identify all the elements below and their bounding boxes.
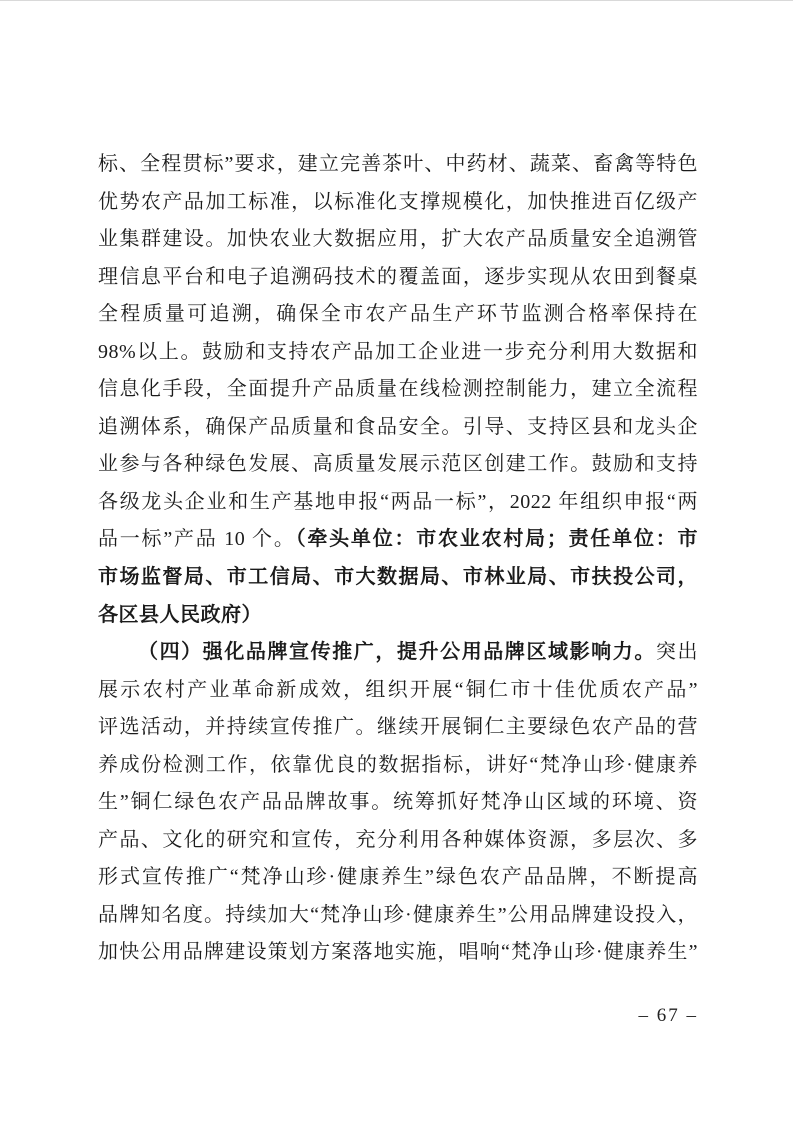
body-text-segment: 品牌知名度。持续加大“梵净山珍·健康养生”公用品牌建设投入，: [98, 904, 698, 926]
body-text-segment: 追溯体系，确保产品质量和食品安全。引导、支持区县和龙头企: [98, 416, 698, 438]
text-line-5: 全程质量可追溯，确保全市农产品生产环节监测合格率保持在: [98, 296, 698, 334]
text-line-21: 品牌知名度。持续加大“梵净山珍·健康养生”公用品牌建设投入，: [98, 897, 698, 935]
text-line-2: 优势农产品加工标准，以标准化支撑规模化，加快推进百亿级产: [98, 184, 698, 222]
text-line-6: 98%以上。鼓励和支持农产品加工企业进一步充分利用大数据和: [98, 334, 698, 372]
text-line-13: 各区县人民政府）: [98, 597, 698, 635]
text-line-15: 展示农村产业革命新成效，组织开展“铜仁市十佳优质农产品”: [98, 672, 698, 710]
body-text-segment: 优势农产品加工标准，以标准化支撑规模化，加快推进百亿级产: [98, 191, 698, 213]
unit-annotation-segment: 各区县人民政府）: [98, 604, 262, 626]
text-line-3: 业集群建设。加快农业大数据应用，扩大农产品质量安全追溯管: [98, 221, 698, 259]
text-line-17: 养成份检测工作，依靠优良的数据指标，讲好“梵净山珍·健康养: [98, 747, 698, 785]
text-line-20: 形式宣传推广“梵净山珍·健康养生”绿色农产品品牌，不断提高: [98, 859, 698, 897]
body-text-segment: 全程质量可追溯，确保全市农产品生产环节监测合格率保持在: [98, 303, 698, 325]
body-text-segment: 形式宣传推广“梵净山珍·健康养生”绿色农产品品牌，不断提高: [98, 866, 698, 888]
text-line-14: （四）强化品牌宣传推广，提升公用品牌区域影响力。突出: [98, 634, 698, 672]
body-text-segment: 评选活动，并持续宣传推广。继续开展铜仁主要绿色农产品的营: [98, 716, 698, 738]
body-text-segment: 业集群建设。加快农业大数据应用，扩大农产品质量安全追溯管: [98, 228, 698, 250]
text-line-22: 加快公用品牌建设策划方案落地实施，唱响“梵净山珍·健康养生”: [98, 934, 698, 972]
body-text-segment: 展示农村产业革命新成效，组织开展“铜仁市十佳优质农产品”: [98, 679, 698, 701]
document-page: 标、全程贯标”要求，建立完善茶叶、中药材、蔬菜、畜禽等特色 优势农产品加工标准，…: [0, 0, 793, 1122]
body-text-segment: 养成份检测工作，依靠优良的数据指标，讲好“梵净山珍·健康养: [98, 754, 698, 776]
unit-annotation-segment: （牵头单位：市农业农村局；责任单位：市: [296, 528, 698, 550]
unit-annotation-segment: 市场监督局、市工信局、市大数据局、市林业局、市扶投公司，: [98, 566, 698, 588]
text-line-1: 标、全程贯标”要求，建立完善茶叶、中药材、蔬菜、畜禽等特色: [98, 146, 698, 184]
section-heading-segment: （四）强化品牌宣传推广，提升公用品牌区域影响力。: [138, 641, 656, 663]
body-text: 标、全程贯标”要求，建立完善茶叶、中药材、蔬菜、畜禽等特色 优势农产品加工标准，…: [98, 146, 698, 972]
body-text-segment: 产品、文化的研究和宣传，充分利用各种媒体资源，多层次、多: [98, 829, 698, 851]
page-number: – 67 –: [98, 1003, 698, 1029]
text-line-9: 业参与各种绿色发展、高质量发展示范区创建工作。鼓励和支持: [98, 446, 698, 484]
body-text-segment: 标、全程贯标”要求，建立完善茶叶、中药材、蔬菜、畜禽等特色: [98, 153, 698, 175]
body-text-segment: 品一标”产品 10 个。: [98, 528, 296, 550]
body-text-segment: 信息化手段，全面提升产品质量在线检测控制能力，建立全流程: [98, 378, 698, 400]
text-line-18: 生”铜仁绿色农产品品牌故事。统筹抓好梵净山区域的环境、资源、: [98, 784, 698, 822]
text-line-7: 信息化手段，全面提升产品质量在线检测控制能力，建立全流程: [98, 371, 698, 409]
text-line-8: 追溯体系，确保产品质量和食品安全。引导、支持区县和龙头企: [98, 409, 698, 447]
body-text-segment: 98%以上。鼓励和支持农产品加工企业进一步充分利用大数据和: [98, 341, 698, 363]
body-text-segment: 理信息平台和电子追溯码技术的覆盖面，逐步实现从农田到餐桌: [98, 266, 698, 288]
body-text-segment: 突出: [656, 641, 698, 663]
body-text-segment: 各级龙头企业和生产基地申报“两品一标”，2022 年组织申报“两: [98, 491, 698, 513]
text-line-12: 市场监督局、市工信局、市大数据局、市林业局、市扶投公司，: [98, 559, 698, 597]
body-text-segment: 业参与各种绿色发展、高质量发展示范区创建工作。鼓励和支持: [98, 453, 698, 475]
body-text-segment: 加快公用品牌建设策划方案落地实施，唱响“梵净山珍·健康养生”: [98, 941, 698, 963]
body-text-segment: 生”铜仁绿色农产品品牌故事。统筹抓好梵净山区域的环境、资源、: [98, 791, 698, 822]
text-line-4: 理信息平台和电子追溯码技术的覆盖面，逐步实现从农田到餐桌: [98, 259, 698, 297]
text-line-10: 各级龙头企业和生产基地申报“两品一标”，2022 年组织申报“两: [98, 484, 698, 522]
text-line-16: 评选活动，并持续宣传推广。继续开展铜仁主要绿色农产品的营: [98, 709, 698, 747]
text-line-11: 品一标”产品 10 个。（牵头单位：市农业农村局；责任单位：市: [98, 521, 698, 559]
text-line-19: 产品、文化的研究和宣传，充分利用各种媒体资源，多层次、多: [98, 822, 698, 860]
